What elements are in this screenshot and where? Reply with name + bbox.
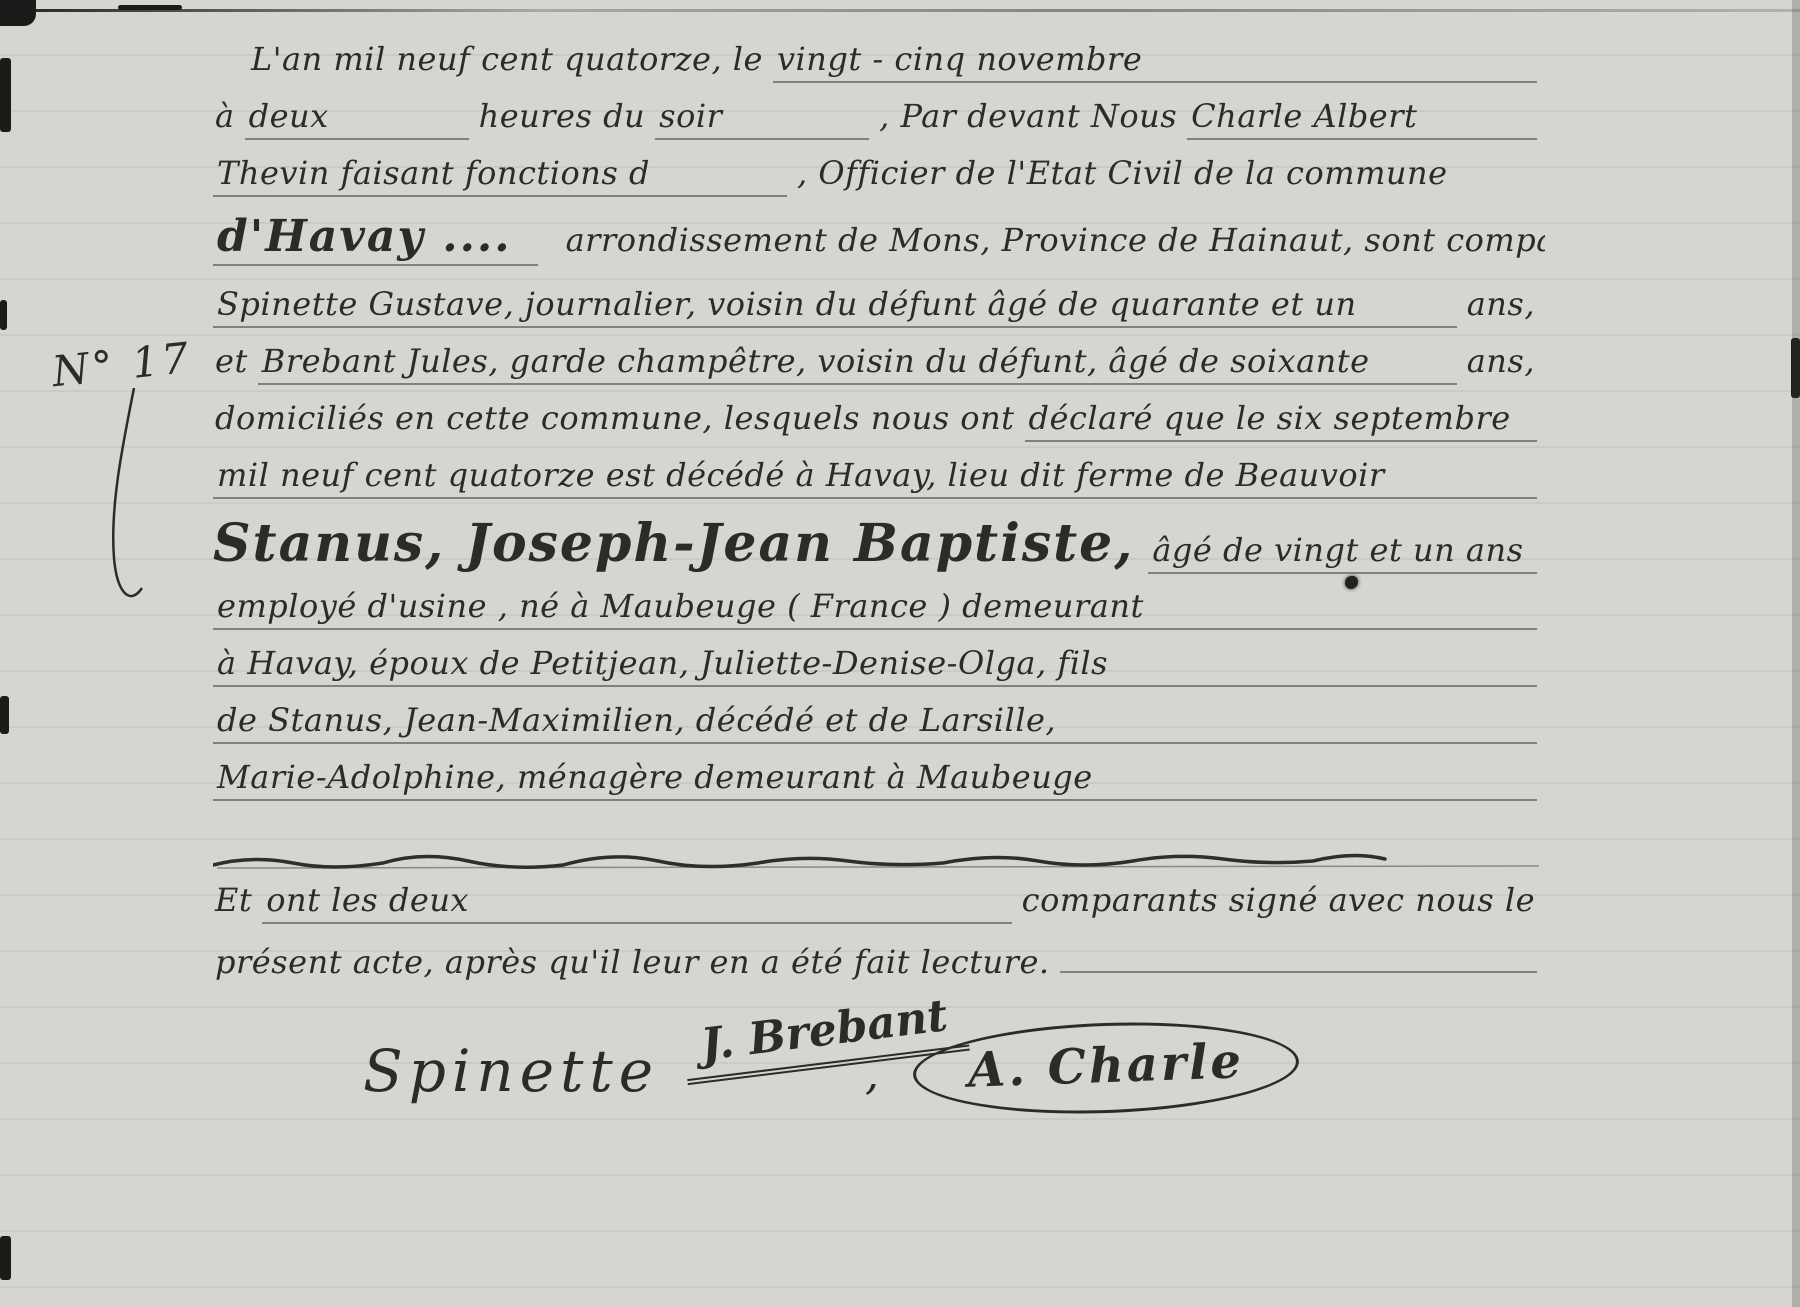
signature-area: Spinette J. Brebant , A. Charle bbox=[213, 1009, 1545, 1239]
text-segment: Charle Albert bbox=[1187, 97, 1537, 140]
record-line: Etont les deuxcomparants signé avec nous… bbox=[213, 881, 1545, 943]
scan-artifact bbox=[0, 696, 9, 734]
text-segment: deux bbox=[245, 97, 469, 140]
act-number-flourish bbox=[92, 388, 152, 618]
text-segment: , Par devant Nous bbox=[879, 97, 1177, 135]
text-segment: Brebant Jules, garde champêtre, voisin d… bbox=[258, 342, 1457, 385]
text-segment: Et bbox=[215, 881, 252, 919]
record-line: présent acte, après qu'il leur en a été … bbox=[213, 943, 1545, 1005]
text-segment: heures du bbox=[479, 97, 646, 135]
text-segment: , Officier de l'Etat Civil de la commune bbox=[797, 154, 1448, 192]
text-segment bbox=[1060, 968, 1537, 973]
record-line: d'Havay ....arrondissement de Mons, Prov… bbox=[213, 211, 1545, 285]
signature-separator: , bbox=[865, 1049, 879, 1100]
text-segment: d'Havay .... bbox=[213, 211, 538, 266]
closing-lines: Etont les deuxcomparants signé avec nous… bbox=[213, 881, 1545, 1005]
record-line: de Stanus, Jean-Maximilien, décédé et de… bbox=[213, 701, 1545, 758]
text-segment: L'an mil neuf cent quatorze, le bbox=[251, 40, 763, 78]
scan-artifact bbox=[0, 58, 11, 132]
text-segment: mil neuf cent quatorze est décédé à Hava… bbox=[213, 456, 1537, 499]
record-line: L'an mil neuf cent quatorze, levingt - c… bbox=[213, 40, 1545, 97]
record-line: à Havay, époux de Petitjean, Juliette-De… bbox=[213, 644, 1545, 701]
text-segment: domiciliés en cette commune, lesquels no… bbox=[215, 399, 1015, 437]
record-line: etBrebant Jules, garde champêtre, voisin… bbox=[213, 342, 1545, 399]
record-line: àdeuxheures dusoir, Par devant NousCharl… bbox=[213, 97, 1545, 154]
record-line: mil neuf cent quatorze est décédé à Hava… bbox=[213, 456, 1545, 513]
record-line: Thevin faisant fonctions d, Officier de … bbox=[213, 154, 1545, 211]
act-number-note: N° 17 bbox=[50, 333, 194, 396]
text-segment: arrondissement de Mons, Province de Hain… bbox=[566, 221, 1545, 259]
record-line: Marie-Adolphine, ménagère demeurant à Ma… bbox=[213, 758, 1545, 815]
text-segment: déclaré que le six septembre bbox=[1025, 399, 1537, 442]
text-segment: vingt - cinq novembre bbox=[773, 40, 1537, 83]
scan-artifact bbox=[0, 9, 1800, 12]
scan-artifact bbox=[0, 1236, 11, 1280]
scan-artifact bbox=[118, 5, 182, 10]
scanned-death-record: { "colors": { "paper": "#d6d5d1", "ink":… bbox=[0, 0, 1800, 1307]
text-segment: Thevin faisant fonctions d bbox=[213, 154, 787, 197]
text-segment: comparants signé avec nous le bbox=[1022, 881, 1535, 919]
signature-spinette: Spinette bbox=[363, 1037, 659, 1105]
text-segment: Marie-Adolphine, ménagère demeurant à Ma… bbox=[213, 758, 1537, 801]
act-body: L'an mil neuf cent quatorze, levingt - c… bbox=[213, 40, 1545, 1239]
record-line: employé d'usine , né à Maubeuge ( France… bbox=[213, 587, 1545, 644]
scan-artifact bbox=[1792, 0, 1800, 1307]
text-segment: Spinette Gustave, journalier, voisin du … bbox=[213, 285, 1457, 328]
closing-flourish-divider bbox=[213, 851, 1545, 873]
text-segment: âgé de vingt et un ans bbox=[1148, 531, 1537, 574]
text-segment: de Stanus, Jean-Maximilien, décédé et de… bbox=[213, 701, 1537, 744]
text-segment: Stanus, Joseph-Jean Baptiste, bbox=[213, 513, 1134, 574]
signature-officer-circled: A. Charle bbox=[912, 1016, 1301, 1119]
text-segment: ont les deux bbox=[262, 881, 1011, 924]
text-segment: à bbox=[215, 97, 235, 135]
text-segment: ans, bbox=[1467, 285, 1535, 323]
record-line: Stanus, Joseph-Jean Baptiste,âgé de ving… bbox=[213, 513, 1545, 587]
text-segment: employé d'usine , né à Maubeuge ( France… bbox=[213, 587, 1537, 630]
record-lines: L'an mil neuf cent quatorze, levingt - c… bbox=[213, 40, 1545, 815]
record-line: domiciliés en cette commune, lesquels no… bbox=[213, 399, 1545, 456]
scan-artifact bbox=[0, 300, 7, 330]
text-segment: soir bbox=[655, 97, 869, 140]
record-line: Spinette Gustave, journalier, voisin du … bbox=[213, 285, 1545, 342]
scan-artifact bbox=[0, 0, 36, 26]
text-segment: à Havay, époux de Petitjean, Juliette-De… bbox=[213, 644, 1537, 687]
text-segment: et bbox=[215, 342, 248, 380]
text-segment: ans, bbox=[1467, 342, 1535, 380]
text-segment: présent acte, après qu'il leur en a été … bbox=[215, 943, 1050, 981]
